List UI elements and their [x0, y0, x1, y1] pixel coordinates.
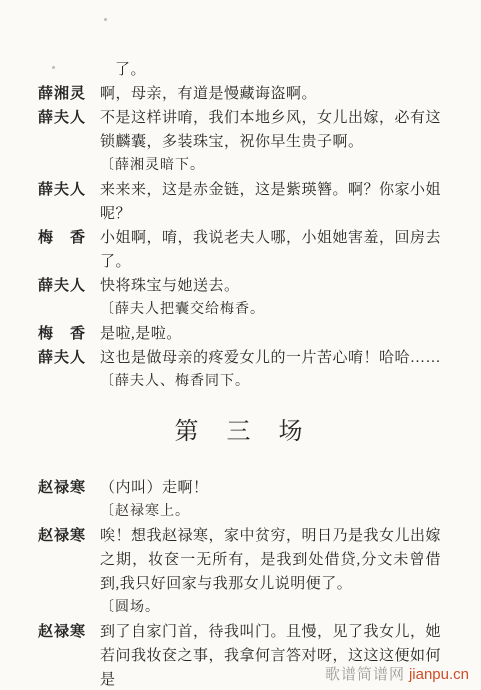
stage-direction: 〔赵禄寒上。: [38, 500, 441, 524]
dialogue-text: （内叫）走啊！: [100, 476, 441, 500]
dialogue-text: 快将珠宝与她送去。: [100, 274, 441, 298]
script-line: 薛夫人快将珠宝与她送去。: [38, 274, 441, 298]
speaker-name: 薛夫人: [38, 106, 100, 130]
speaker-name: 梅 香: [38, 322, 100, 346]
script-body: 了。薛湘灵啊，母亲，有道是慢藏诲盗啊。薛夫人不是这样讲唷，我们本地乡风，女儿出嫁…: [38, 58, 441, 690]
speaker-name: 赵禄寒: [38, 476, 100, 500]
speaker-name: 薛湘灵: [38, 82, 100, 106]
stage-direction: 〔薛湘灵暗下。: [38, 154, 441, 178]
script-line: 梅 香是啦,是啦。: [38, 322, 441, 346]
speaker-name: 赵禄寒: [38, 524, 100, 548]
continuation-line: 了。: [38, 58, 441, 82]
scan-speck: [52, 66, 55, 69]
speaker-name: 梅 香: [38, 226, 100, 250]
watermark: 歌谱简谱网jianpu.cn: [325, 663, 469, 684]
dialogue-text: 啊，母亲，有道是慢藏诲盗啊。: [100, 82, 441, 106]
scanned-script-page: 了。薛湘灵啊，母亲，有道是慢藏诲盗啊。薛夫人不是这样讲唷，我们本地乡风，女儿出嫁…: [0, 0, 481, 690]
scan-speck: [104, 18, 107, 21]
dialogue-text: 不是这样讲唷，我们本地乡风，女儿出嫁，必有这锁麟囊，多装珠宝，祝你早生贵子啊。: [100, 106, 441, 154]
watermark-site-name: 歌谱简谱网: [325, 667, 405, 683]
script-line: 薛夫人来来来，这是赤金链，这是紫瑛簪。啊？你家小姐呢？: [38, 178, 441, 226]
speaker-name: 薛夫人: [38, 178, 100, 202]
script-line: 薛夫人不是这样讲唷，我们本地乡风，女儿出嫁，必有这锁麟囊，多装珠宝，祝你早生贵子…: [38, 106, 441, 154]
script-line: 赵禄寒（内叫）走啊！: [38, 476, 441, 500]
scene-heading: 第 三 场: [38, 416, 441, 448]
dialogue-text: 唉！想我赵禄寒，家中贫穷，明日乃是我女儿出嫁之期，妆奁一无所有，是我到处借贷,分…: [100, 524, 441, 596]
script-line: 薛夫人这也是做母亲的疼爱女儿的一片苦心唷！哈哈……: [38, 346, 441, 370]
dialogue-text: 是啦,是啦。: [100, 322, 441, 346]
stage-direction: 〔薛夫人、梅香同下。: [38, 370, 441, 394]
dialogue-text: 来来来，这是赤金链，这是紫瑛簪。啊？你家小姐呢？: [100, 178, 441, 226]
script-line: 薛湘灵啊，母亲，有道是慢藏诲盗啊。: [38, 82, 441, 106]
speaker-name: 赵禄寒: [38, 620, 100, 644]
dialogue-text: 这也是做母亲的疼爱女儿的一片苦心唷！哈哈……: [100, 346, 441, 370]
speaker-name: 薛夫人: [38, 346, 100, 370]
stage-direction: 〔薛夫人把囊交给梅香。: [38, 298, 441, 322]
speaker-name: 薛夫人: [38, 274, 100, 298]
stage-direction: 〔圆场。: [38, 596, 441, 620]
script-line: 赵禄寒唉！想我赵禄寒，家中贫穷，明日乃是我女儿出嫁之期，妆奁一无所有，是我到处借…: [38, 524, 441, 596]
script-line: 梅 香小姐啊，唷，我说老夫人哪，小姐她害羞，回房去了。: [38, 226, 441, 274]
watermark-domain: jianpu.cn: [409, 666, 469, 683]
dialogue-text: 小姐啊，唷，我说老夫人哪，小姐她害羞，回房去了。: [100, 226, 441, 274]
